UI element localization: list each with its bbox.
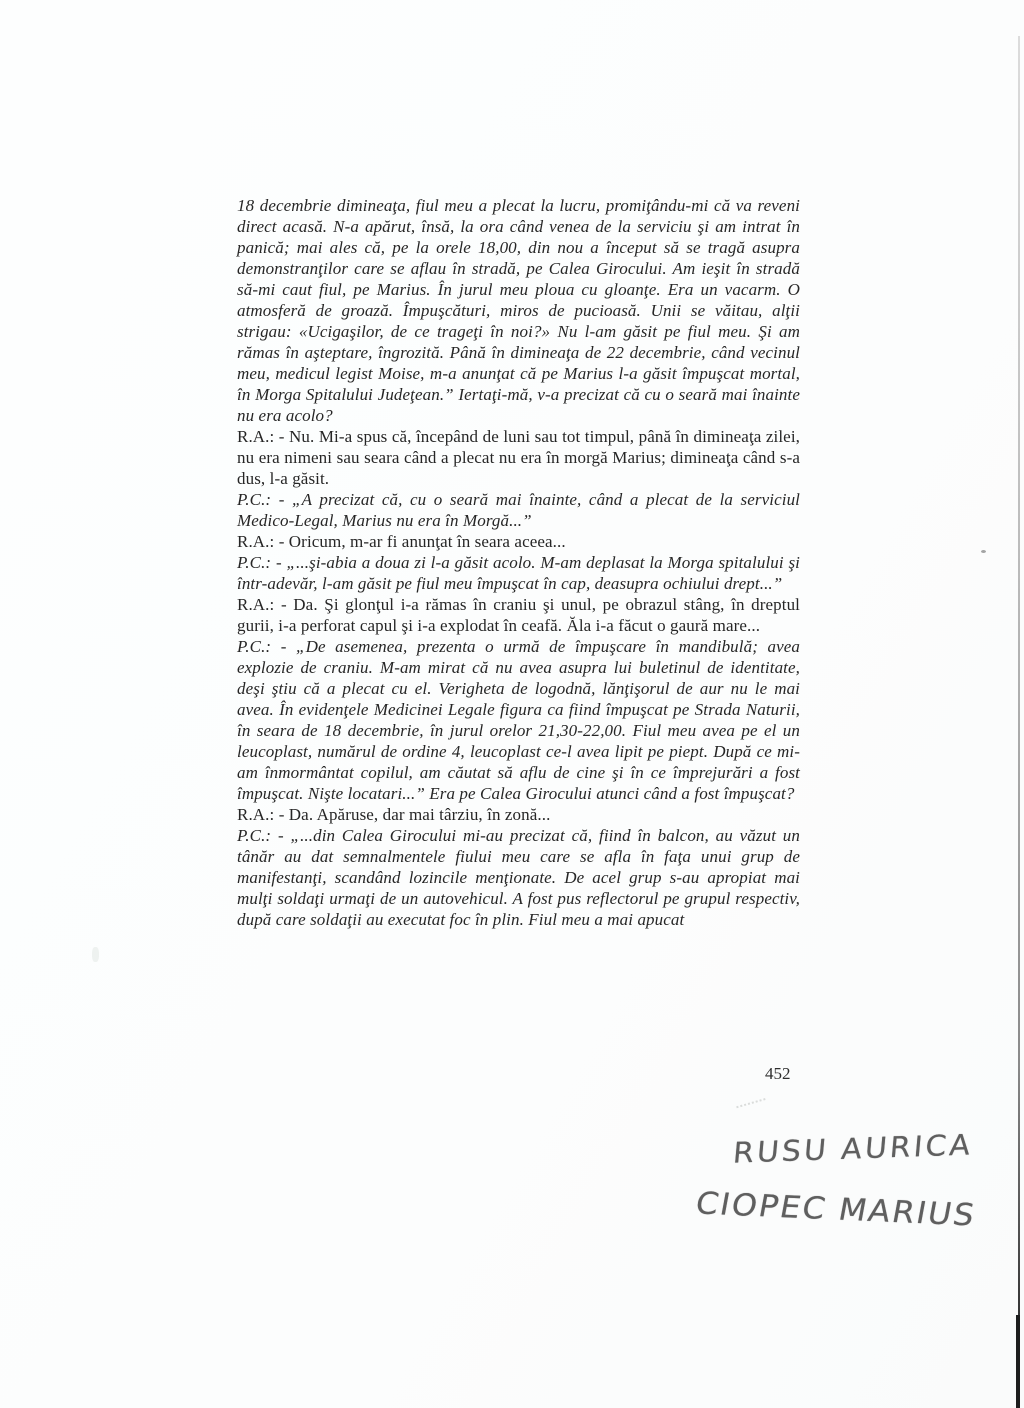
scan-edge-corner xyxy=(1016,1315,1020,1408)
dialogue-paragraph-pc: P.C.: - „...din Calea Girocului mi-au pr… xyxy=(237,825,800,930)
dialogue-paragraph-ra: R.A.: - Nu. Mi-a spus că, începând de lu… xyxy=(237,426,800,489)
scanned-page: 18 decembrie dimineaţa, fiul meu a pleca… xyxy=(0,0,1024,1408)
transcript-text-block: 18 decembrie dimineaţa, fiul meu a pleca… xyxy=(237,195,800,930)
dialogue-paragraph-pc: P.C.: - „A precizat că, cu o seară mai î… xyxy=(237,489,800,531)
scan-speck xyxy=(981,550,986,553)
dialogue-paragraph-ra: R.A.: - Oricum, m-ar fi anunţat în seara… xyxy=(237,531,800,552)
handwritten-name-2: Ciopec Marius xyxy=(693,1185,979,1233)
dialogue-paragraph-pc: P.C.: - „...şi-abia a doua zi l-a găsit … xyxy=(237,552,800,594)
handwritten-name-1: Rusu Aurica xyxy=(732,1129,975,1171)
dialogue-paragraph-pc: P.C.: - „De asemenea, prezenta o urmă de… xyxy=(237,636,800,804)
scan-faint-mark xyxy=(92,947,99,962)
dialogue-paragraph-ra: R.A.: - Da. Şi glonţul i-a rămas în cran… xyxy=(237,594,800,636)
pencil-smudge xyxy=(736,1098,768,1116)
scan-edge-line xyxy=(1018,36,1020,1408)
page-number: 452 xyxy=(765,1064,791,1084)
dialogue-paragraph-ra: R.A.: - Da. Apăruse, dar mai târziu, în … xyxy=(237,804,800,825)
witness-statement-paragraph: 18 decembrie dimineaţa, fiul meu a pleca… xyxy=(237,195,800,426)
